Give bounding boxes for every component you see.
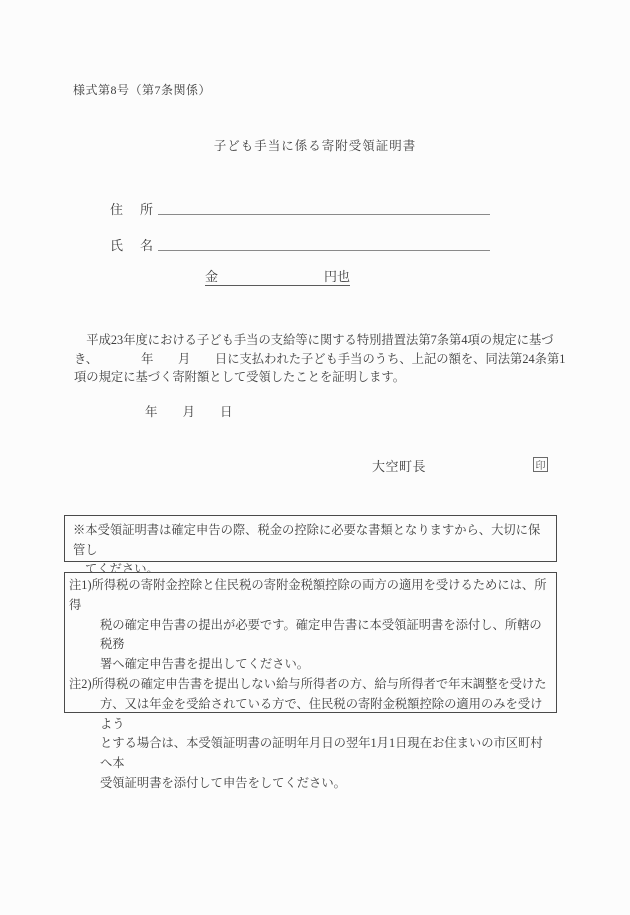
note-line: とする場合は、本受領証明書の証明年月日の翌年1月1日現在お住まいの市区町村へ本 <box>69 734 550 774</box>
note-line: 注1)所得税の寄附金控除と住民税の寄附金税額控除の両方の適用を受けるためには、所… <box>69 576 550 616</box>
note-line: 受領証明書を添付して申告をしてください。 <box>69 774 550 794</box>
name-field-underline <box>158 235 490 251</box>
document-page: 様式第8号（第7条関係） 子ども手当に係る寄附受領証明書 住 所 氏 名 金 円… <box>0 0 630 915</box>
seal-stamp-icon: 印 <box>533 457 548 472</box>
address-label: 住 所 <box>110 199 155 218</box>
certification-paragraph: 平成23年度における子ども手当の支給等に関する特別措置法第7条第4項の規定に基づ… <box>74 331 570 387</box>
note-line: 方、又は年金を受給されている方で、住民税の寄附金税額控除の適用のみを受けよう <box>69 695 550 735</box>
note-line: 注2)所得税の確定申告書を提出しない給与所得者の方、給与所得者で年末調整を受けた <box>69 675 550 695</box>
certification-line: 項の規定に基づく寄附額として受領したことを証明します。 <box>74 368 570 387</box>
form-number: 様式第8号（第7条関係） <box>73 81 211 98</box>
address-field-underline <box>158 199 490 215</box>
page-title: 子ども手当に係る寄附受領証明書 <box>0 136 630 154</box>
issue-date-line: 年 月 日 <box>145 402 233 420</box>
certification-line: 平成23年度における子ども手当の支給等に関する特別措置法第7条第4項の規定に基づ <box>74 331 570 350</box>
amount-prefix-label: 金 <box>205 266 218 285</box>
notes-box: 注1)所得税の寄附金控除と住民税の寄附金税額控除の両方の適用を受けるためには、所… <box>64 572 557 713</box>
notice-line: ※本受領証明書は確定申告の際、税金の控除に必要な書類となりますから、大切に保管し <box>73 521 550 560</box>
name-label: 氏 名 <box>110 235 155 254</box>
notice-box: ※本受領証明書は確定申告の際、税金の控除に必要な書類となりますから、大切に保管し… <box>64 515 557 562</box>
note-line: 税の確定申告書の提出が必要です。確定申告書に本受領証明書を添付し、所轄の税務 <box>69 616 550 656</box>
certification-line: き、 年 月 日に支払われた子ども手当のうち、上記の額を、同法第24条第1 <box>74 350 570 369</box>
signer-title: 大空町長 <box>372 456 426 475</box>
amount-suffix-label: 円也 <box>324 266 350 285</box>
amount-field: 金 円也 <box>205 268 350 286</box>
note-line: 署へ確定申告書を提出してください。 <box>69 655 550 675</box>
